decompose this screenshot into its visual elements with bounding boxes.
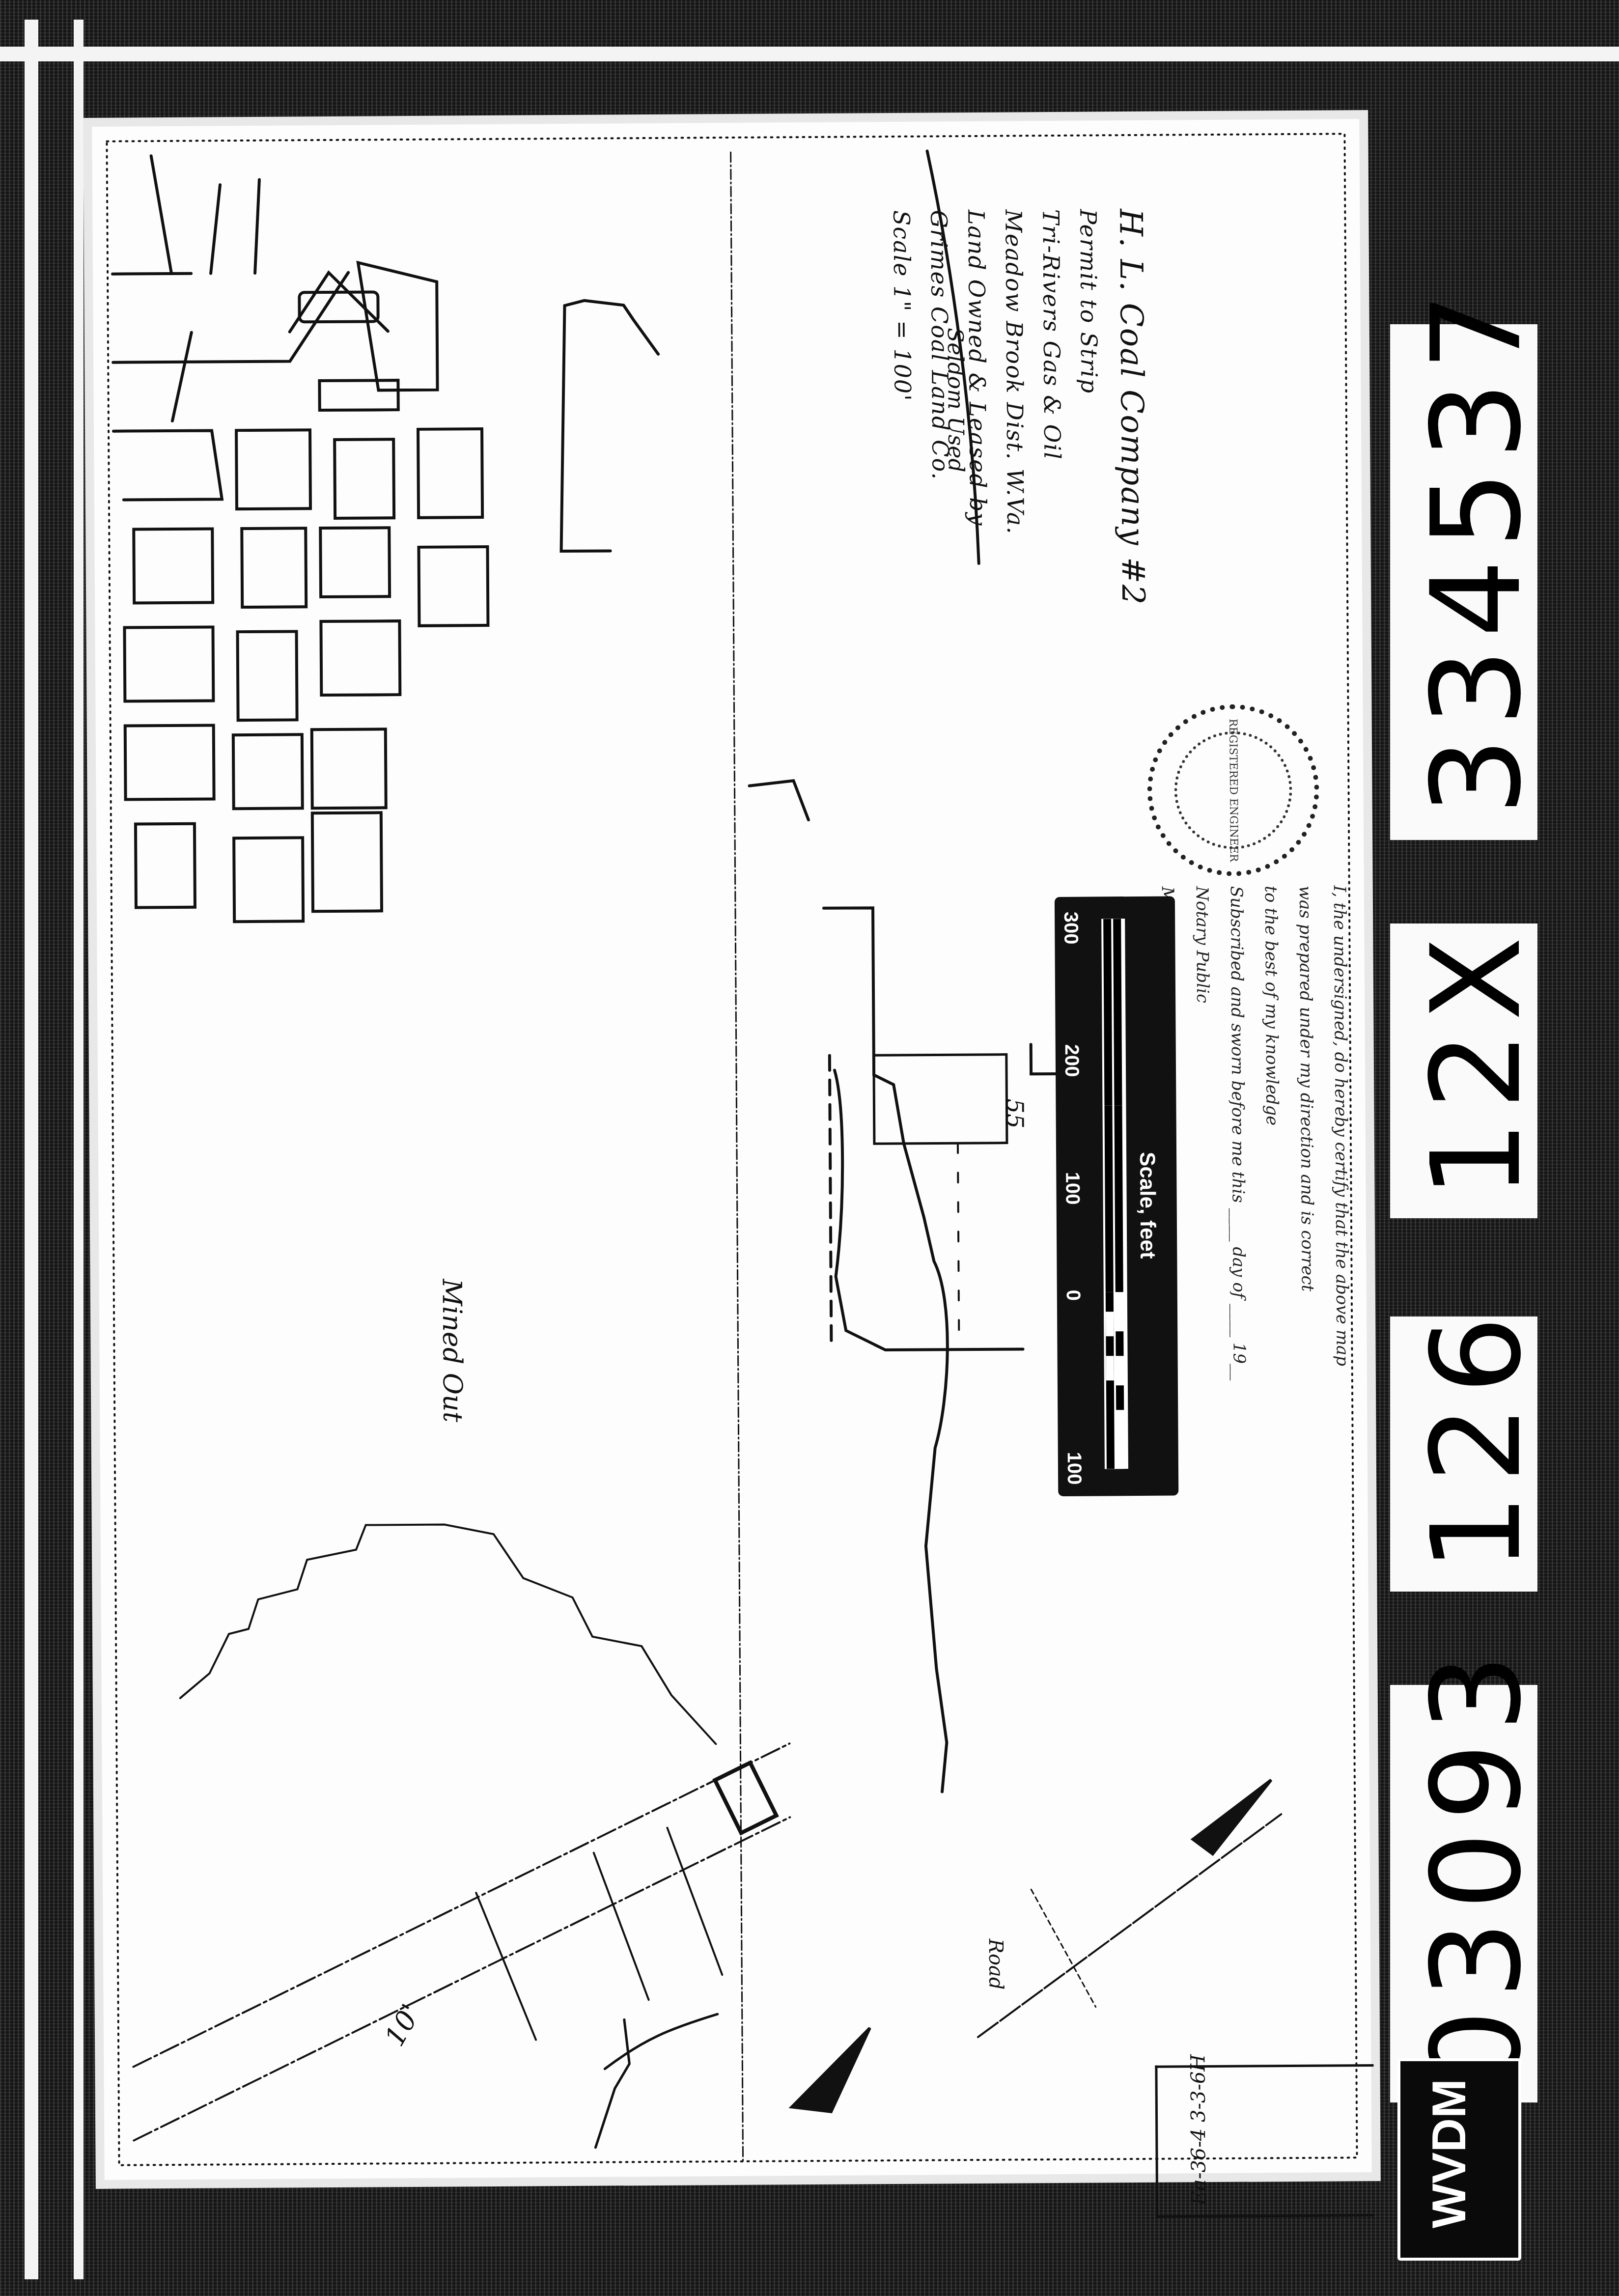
film-stripe-top	[0, 47, 1619, 61]
svg-text:55: 55	[1001, 1098, 1028, 1128]
film-label-strip: 334537 12X 126 03093	[1390, 88, 1542, 2235]
notary-line: Subscribed and sworn before me this ____…	[1227, 886, 1249, 1381]
collection-label: WVDM	[1423, 2079, 1477, 2228]
title-heading: H. L. Coal Company #2	[1112, 209, 1151, 606]
notary-line: I, the undersigned, do hereby certify th…	[1330, 885, 1352, 1380]
scale-tick: 300	[1060, 912, 1082, 945]
reduction-cell: 12X	[1390, 924, 1537, 1218]
film-reduction: 12X	[1405, 926, 1548, 1199]
film-stripe-left-inner	[74, 20, 84, 2279]
title-block: H. L. Coal Company #2 Permit to Strip Tr…	[888, 209, 1151, 607]
title-line: Scale 1" = 100'	[888, 210, 917, 607]
info-box: Ea-36-4 3-3-6H	[1155, 2064, 1374, 2218]
title-line: Land Owned & Leased by	[963, 210, 992, 607]
scale-tick: 100	[1061, 1172, 1083, 1205]
mined-out-label: Mined Out	[437, 1279, 469, 1422]
frame-cell: 126	[1390, 1316, 1537, 1592]
scale-bar: 100 0 100 200 300 Scale, feet	[1055, 896, 1178, 1496]
scale-tick: 100	[1063, 1452, 1085, 1485]
road-label: Road	[984, 1939, 1007, 1990]
notary-line: was prepared under my direction and is c…	[1295, 886, 1318, 1380]
title-line: Tri-Rivers Gas & Oil	[1037, 209, 1066, 606]
notary-line: Notary Public	[1192, 886, 1215, 1381]
map-sheet: 55 Mined Out Seldom Used 10' Road H. L. …	[92, 119, 1371, 2180]
title-line: Meadow Brook Dist. W.Va.	[1000, 209, 1029, 606]
film-reel: 03093	[1405, 1643, 1548, 2088]
collection-badge: WVDM	[1397, 2058, 1521, 2261]
scale-tick: 0	[1062, 1290, 1084, 1301]
film-serial: 334537	[1405, 282, 1548, 815]
scale-bar-ruler	[1101, 919, 1128, 1469]
notary-line: to the best of my knowledge	[1261, 886, 1284, 1380]
serial-cell: 334537	[1390, 324, 1537, 840]
scale-tick: 200	[1061, 1044, 1083, 1077]
film-frame: 126	[1405, 1305, 1548, 1572]
title-line: Permit to Strip	[1075, 209, 1104, 606]
engineer-seal: REGISTERED ENGINEER	[1146, 704, 1319, 877]
film-stripe-left	[25, 20, 38, 2279]
reel-cell: 03093	[1390, 1685, 1537, 2102]
title-line: Grimes Coal Land Co.	[925, 210, 954, 607]
scale-caption: Scale, feet	[1135, 1152, 1160, 1259]
